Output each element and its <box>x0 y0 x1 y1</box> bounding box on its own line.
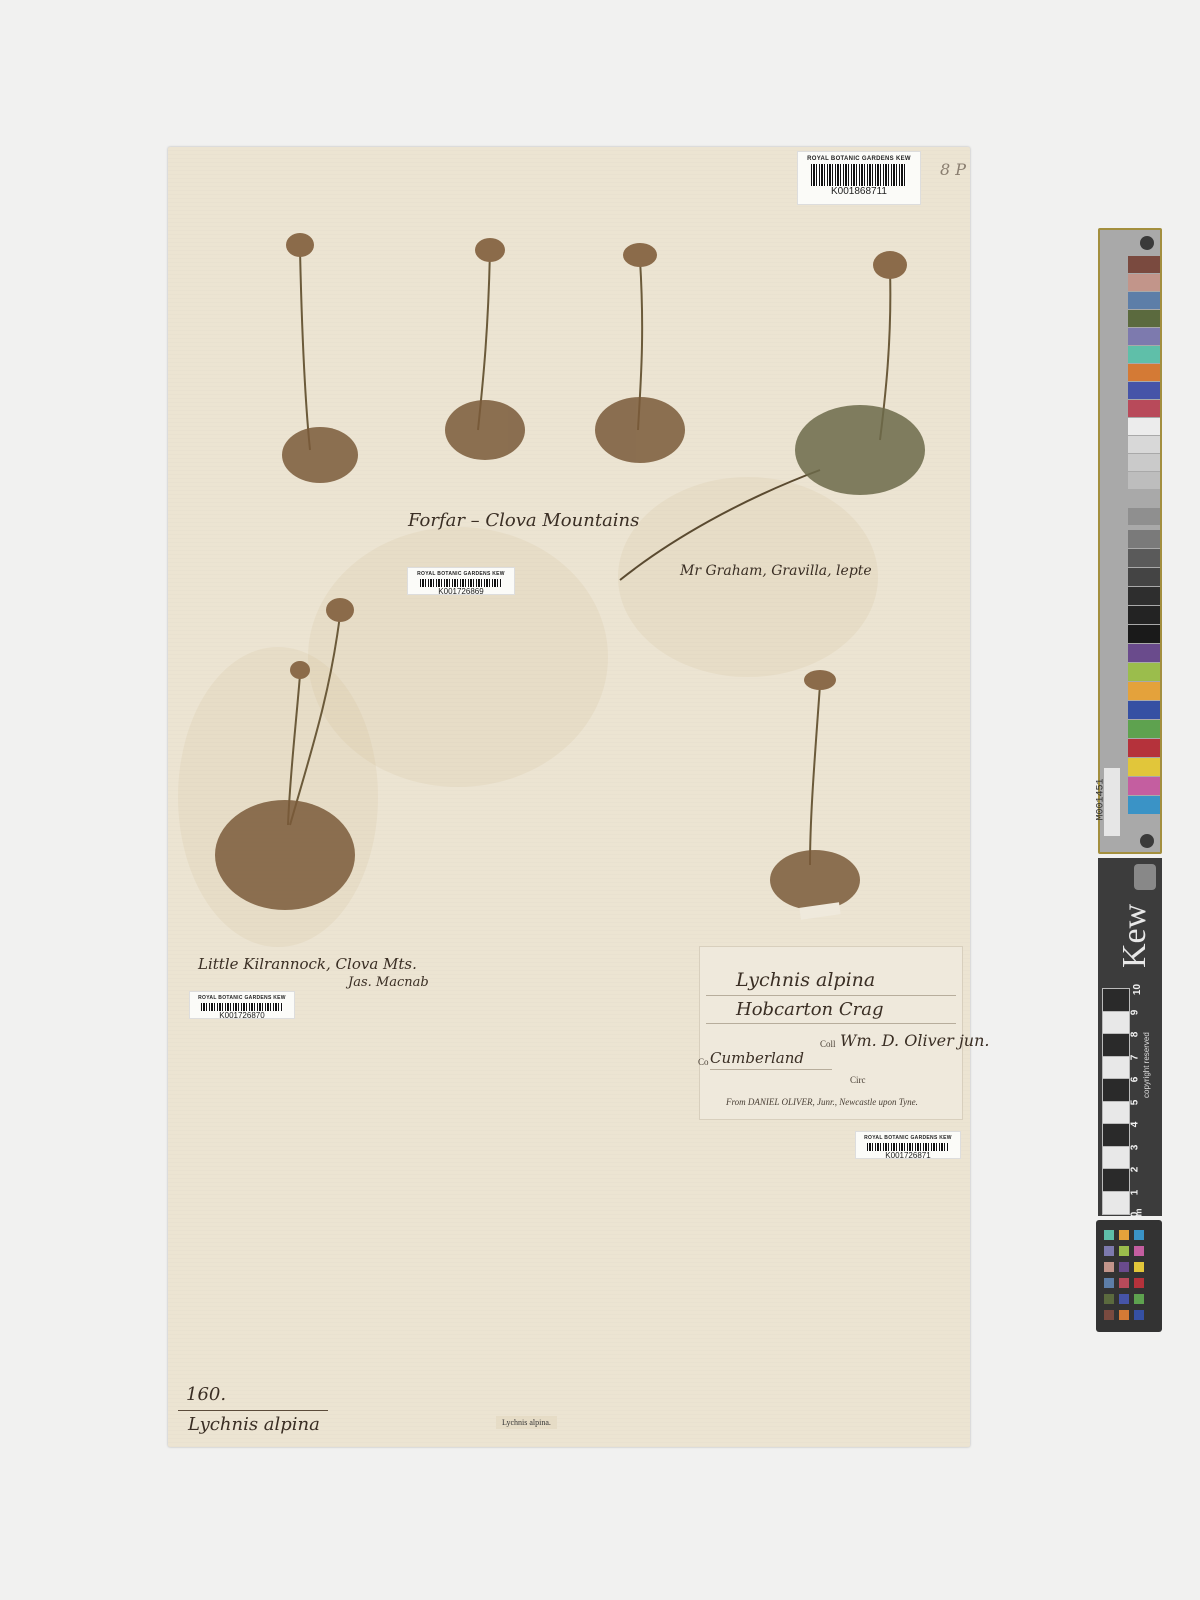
color-swatch <box>1128 346 1160 363</box>
specimen-barcode-label: ROYAL BOTANIC GARDENS KEW K001726870 <box>189 991 295 1019</box>
color-swatch <box>1128 663 1160 681</box>
institution-name: ROYAL BOTANIC GARDENS KEW <box>798 156 920 162</box>
specimen-barcode-label: ROYAL BOTANIC GARDENS KEW K001726869 <box>407 567 515 595</box>
barcode-bars <box>811 164 907 186</box>
ruler-number: 1 <box>1129 1189 1140 1195</box>
barcode-bars <box>201 1003 283 1011</box>
lower-right-plant-specimen <box>770 665 890 935</box>
color-swatch <box>1128 530 1160 548</box>
registration-dot <box>1140 236 1154 250</box>
locality-note-forfar: Forfar – Clova Mountains <box>408 510 639 531</box>
color-swatch <box>1128 739 1160 757</box>
checker-swatch <box>1104 1278 1114 1288</box>
collector-note-macnab: Jas. Macnab <box>348 975 429 990</box>
label-circ-prefix: Circ <box>850 1075 866 1085</box>
barcode-bars <box>867 1143 949 1151</box>
color-target-strip: M001451 <box>1098 228 1162 854</box>
checker-swatch <box>1134 1310 1144 1320</box>
registration-dot <box>1140 834 1154 848</box>
cm-ruler <box>1102 988 1128 1213</box>
color-swatch <box>1128 587 1160 605</box>
color-swatch <box>1128 256 1160 273</box>
checker-swatch <box>1134 1230 1144 1240</box>
institution-name: ROYAL BOTANIC GARDENS KEW <box>856 1135 960 1141</box>
checker-swatch <box>1134 1246 1144 1256</box>
color-swatch <box>1128 472 1160 489</box>
taxon-handwritten: Lychnis alpina <box>188 1414 320 1435</box>
specimen-barcode-label: ROYAL BOTANIC GARDENS KEW K001726871 <box>855 1131 961 1159</box>
checker-swatch <box>1104 1310 1114 1320</box>
institution-name: ROYAL BOTANIC GARDENS KEW <box>190 995 294 1001</box>
color-swatch <box>1128 568 1160 586</box>
color-swatch <box>1128 606 1160 624</box>
color-swatch <box>1128 644 1160 662</box>
color-swatch <box>1128 274 1160 291</box>
divider-line <box>178 1410 328 1411</box>
ruler-segment <box>1102 1168 1130 1192</box>
ruler-numbers: 109876543210 <box>1132 988 1152 1213</box>
copyright-text: copyright reserved <box>1142 1032 1151 1098</box>
ruler-number: 7 <box>1129 1054 1140 1060</box>
checker-swatch <box>1104 1262 1114 1272</box>
color-swatch <box>1128 508 1160 525</box>
checker-swatch <box>1119 1294 1129 1304</box>
barcode-number: K001726870 <box>190 1011 294 1020</box>
ruler-number: 9 <box>1129 1009 1140 1015</box>
label-collector: Wm. D. Oliver jun. <box>840 1031 989 1050</box>
corner-marks: 8 P <box>940 160 966 179</box>
checker-swatch <box>1119 1246 1129 1256</box>
checker-swatch <box>1134 1262 1144 1272</box>
color-swatch <box>1128 382 1160 399</box>
checker-swatch <box>1119 1262 1129 1272</box>
ruler-segment <box>1102 1191 1130 1215</box>
label-taxon: Lychnis alpina <box>736 969 875 991</box>
institution-name: ROYAL BOTANIC GARDENS KEW <box>408 571 514 577</box>
locality-note-kilrannock: Little Kilrannock, Clova Mts. <box>198 955 417 973</box>
collector-note-graham: Mr Graham, Gravilla, lepte <box>680 563 872 579</box>
ruler-segment <box>1102 1056 1130 1080</box>
checker-swatch <box>1119 1278 1129 1288</box>
ruler-number: 4 <box>1129 1122 1140 1128</box>
checker-swatch <box>1119 1230 1129 1240</box>
color-swatch <box>1128 436 1160 453</box>
collection-label: Lychnis alpina Hobcarton Crag Coll Wm. D… <box>699 946 963 1120</box>
label-county: Cumberland <box>710 1049 804 1067</box>
taxon-printed-label: Lychnis alpina. <box>496 1416 557 1429</box>
checker-swatch <box>1134 1294 1144 1304</box>
color-swatch <box>1128 454 1160 471</box>
ruler-number: 3 <box>1129 1144 1140 1150</box>
barcode-number: K001868711 <box>798 186 920 198</box>
color-swatch <box>1128 758 1160 776</box>
label-footer: From DANIEL OLIVER, Junr., Newcastle upo… <box>726 1097 918 1107</box>
color-swatch <box>1128 418 1160 435</box>
kew-crest-icon <box>1134 864 1156 890</box>
checker-swatch <box>1104 1230 1114 1240</box>
label-coll-prefix: Coll <box>820 1039 836 1049</box>
ruler-segment <box>1102 1123 1130 1147</box>
ruler-number: 2 <box>1129 1167 1140 1173</box>
color-swatch <box>1128 625 1160 643</box>
color-swatch <box>1128 720 1160 738</box>
checker-swatch <box>1104 1294 1114 1304</box>
ruler-number: 8 <box>1129 1032 1140 1038</box>
ruler-segment <box>1102 1011 1130 1035</box>
checker-swatch <box>1104 1246 1114 1256</box>
barcode-bars <box>420 579 502 587</box>
target-code: M001451 <box>1104 768 1120 836</box>
color-swatch <box>1128 777 1160 795</box>
sheet-number: 160. <box>186 1384 226 1405</box>
upper-plant-specimens <box>220 220 940 600</box>
color-swatch <box>1128 796 1160 814</box>
color-swatch <box>1128 364 1160 381</box>
ruler-number: 5 <box>1129 1099 1140 1105</box>
ruler-segment <box>1102 1146 1130 1170</box>
ruler-segment <box>1102 988 1130 1012</box>
label-locality: Hobcarton Crag <box>736 999 884 1020</box>
lower-left-plant-specimen <box>210 595 390 945</box>
ruler-segment <box>1102 1078 1130 1102</box>
barcode-number: K001726871 <box>856 1151 960 1160</box>
color-swatch <box>1128 682 1160 700</box>
ruler-number: 6 <box>1129 1077 1140 1083</box>
kew-logo: Kew <box>1116 904 1154 968</box>
color-swatch <box>1128 490 1160 507</box>
color-checker-card <box>1096 1220 1162 1332</box>
checker-swatch <box>1119 1310 1129 1320</box>
color-swatch <box>1128 292 1160 309</box>
checker-swatch <box>1134 1278 1144 1288</box>
label-county-prefix: Co <box>698 1057 709 1067</box>
ruler-segment <box>1102 1101 1130 1125</box>
barcode-number: K001726869 <box>408 587 514 596</box>
color-calibration-scale: M001451 Kew 109876543210 copyright reser… <box>1098 228 1162 1358</box>
color-swatch <box>1128 328 1160 345</box>
color-swatch <box>1128 400 1160 417</box>
color-swatch <box>1128 310 1160 327</box>
color-swatch <box>1128 701 1160 719</box>
sheet-barcode-label: ROYAL BOTANIC GARDENS KEW K001868711 <box>797 151 921 205</box>
ruler-number: 10 <box>1132 984 1143 995</box>
color-swatch <box>1128 549 1160 567</box>
ruler-segment <box>1102 1033 1130 1057</box>
kew-ruler-band: Kew 109876543210 copyright reserved cm <box>1098 858 1162 1216</box>
